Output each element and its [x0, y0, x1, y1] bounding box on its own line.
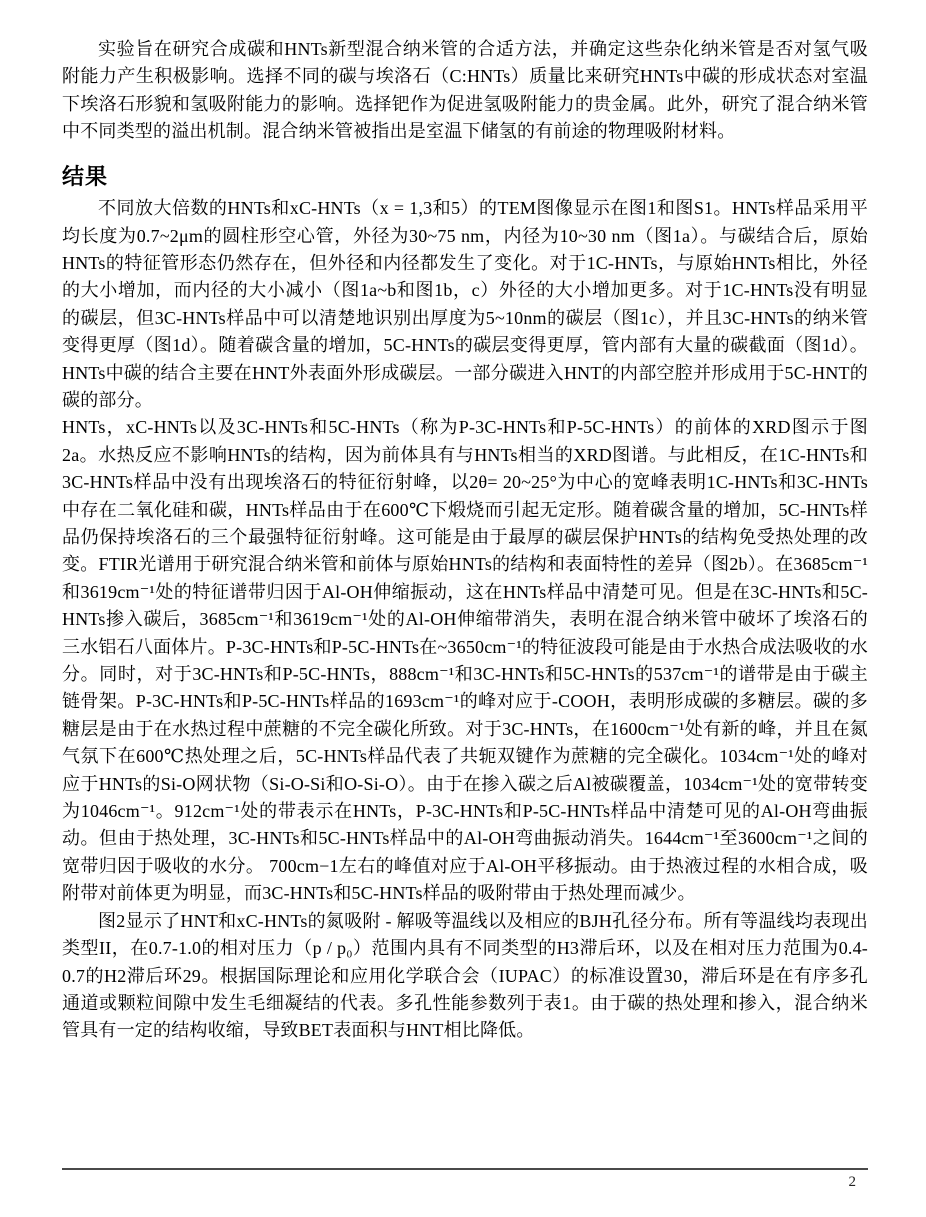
footer-divider — [62, 1168, 868, 1170]
page-content: 实验旨在研究合成碳和HNTs新型混合纳米管的合适方法，并确定这些杂化纳米管是否对… — [62, 36, 868, 1045]
page-number: 2 — [849, 1174, 857, 1191]
intro-paragraph: 实验旨在研究合成碳和HNTs新型混合纳米管的合适方法，并确定这些杂化纳米管是否对… — [62, 36, 868, 146]
results-paragraph-isotherm: 图2显示了HNT和xC-HNTs的氮吸附 - 解吸等温线以及相应的BJH孔径分布… — [62, 908, 868, 1045]
results-paragraph-tem: 不同放大倍数的HNTs和xC-HNTs（x = 1,3和5）的TEM图像显示在图… — [62, 195, 868, 414]
results-paragraph-xrd-ftir: HNTs，xC-HNTs以及3C-HNTs和5C-HNTs（称为P-3C-HNT… — [62, 414, 868, 907]
section-heading-results: 结果 — [62, 163, 868, 191]
document-page: 实验旨在研究合成碳和HNTs新型混合纳米管的合适方法，并确定这些杂化纳米管是否对… — [0, 0, 926, 1217]
